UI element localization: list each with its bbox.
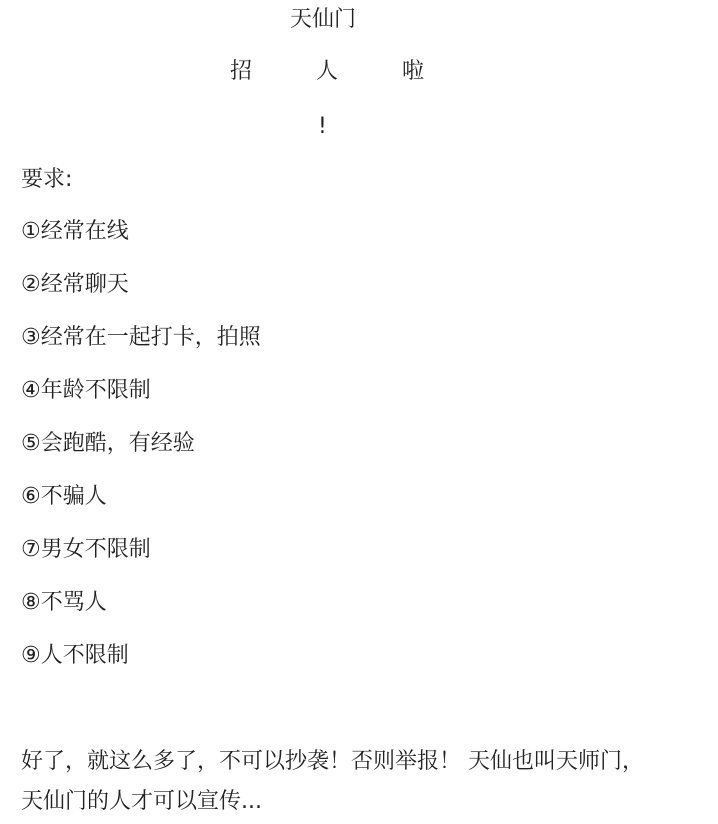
list-item: ③经常在一起打卡，拍照 — [21, 322, 261, 375]
recruiting-heading: 招 人 啦 — [230, 56, 430, 88]
list-item: ⑤会跑酷，有经验 — [21, 428, 261, 481]
heading-char: 啦 — [402, 56, 424, 88]
document-title: 天仙门 — [0, 4, 646, 36]
list-item: ⑨人不限制 — [21, 640, 261, 693]
closing-paragraph: 好了，就这么多了，不可以抄袭！否则举报！ 天仙也叫天师门， 天仙门的人才可以宣传… — [21, 742, 711, 822]
list-item: ⑥不骗人 — [21, 481, 261, 534]
paragraph-line: 好了，就这么多了，不可以抄袭！否则举报！ 天仙也叫天师门， — [21, 742, 711, 782]
list-item: ①经常在线 — [21, 216, 261, 269]
heading-char: 人 — [316, 56, 338, 88]
paragraph-line: 天仙门的人才可以宣传... — [21, 782, 711, 822]
exclamation-mark: ! — [318, 111, 327, 143]
list-item: ④年龄不限制 — [21, 375, 261, 428]
list-item: ⑦男女不限制 — [21, 534, 261, 587]
list-item: ⑧不骂人 — [21, 587, 261, 640]
document: 天仙门 招 人 啦 ! 要求: ①经常在线 ②经常聊天 ③经常在一起打卡，拍照 … — [0, 0, 718, 824]
requirements-label: 要求: — [21, 164, 72, 196]
heading-char: 招 — [230, 56, 252, 88]
requirements-list: ①经常在线 ②经常聊天 ③经常在一起打卡，拍照 ④年龄不限制 ⑤会跑酷，有经验 … — [21, 216, 261, 693]
list-item: ②经常聊天 — [21, 269, 261, 322]
